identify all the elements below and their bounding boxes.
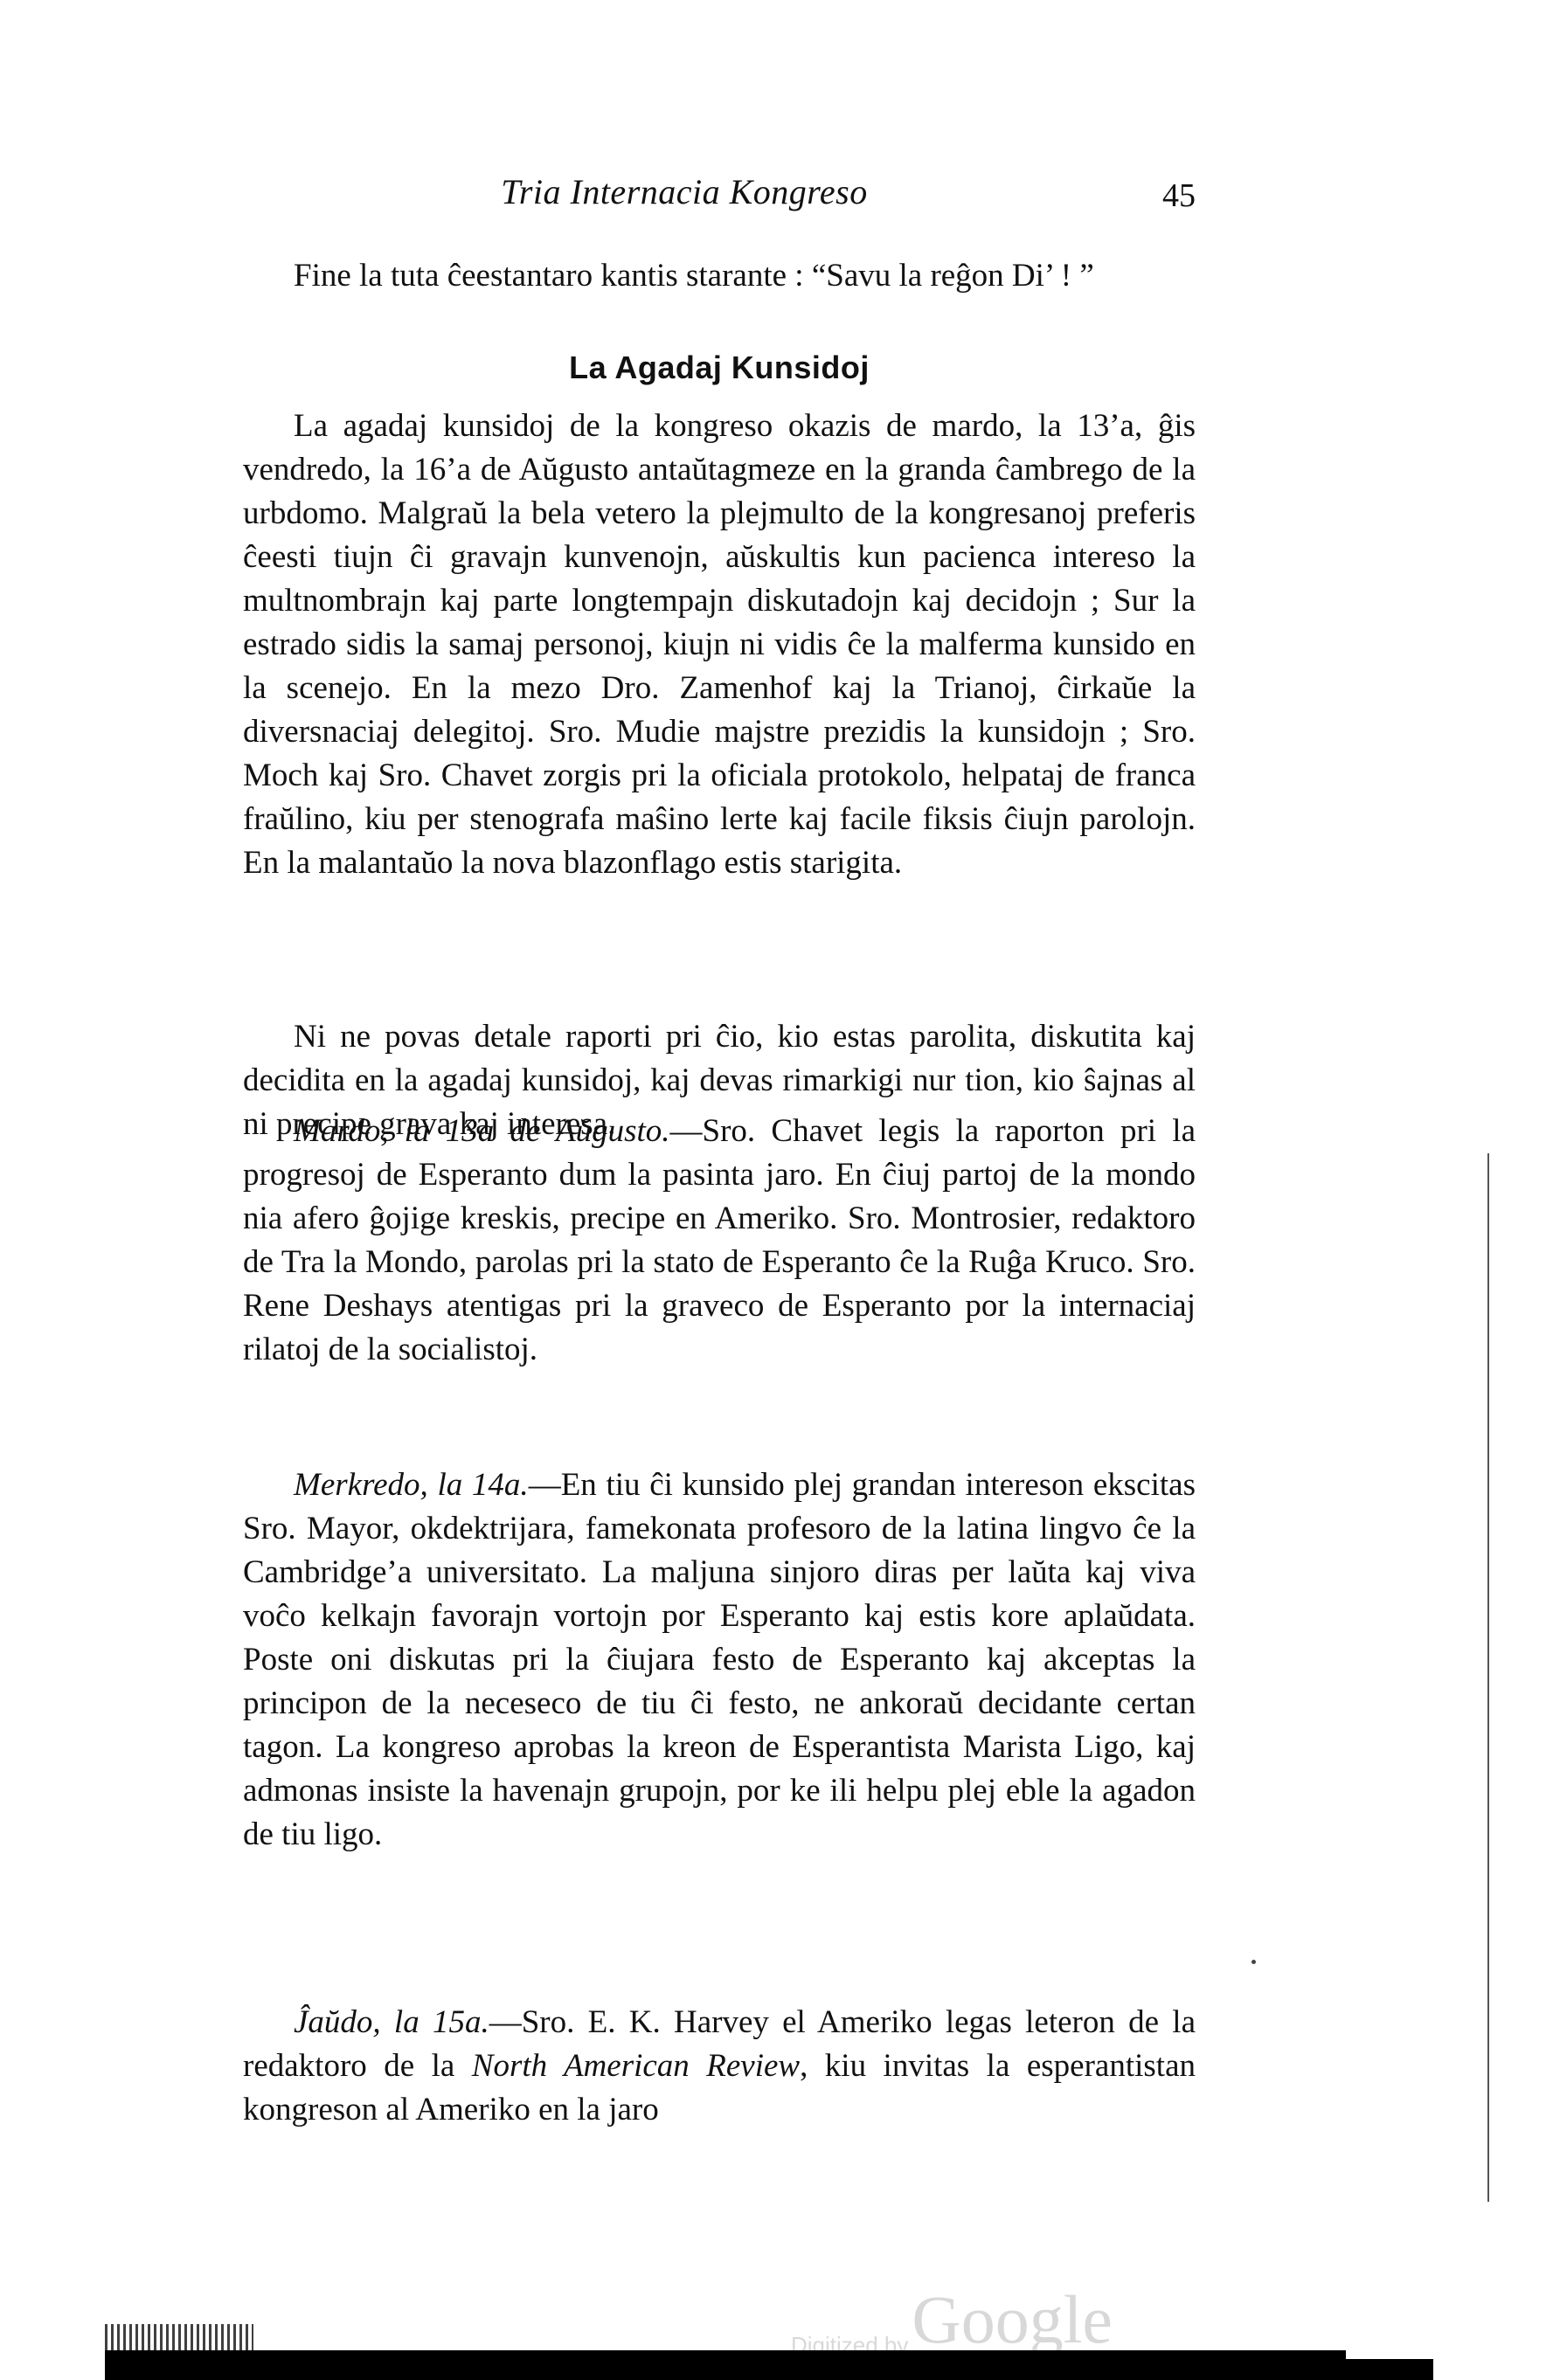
scan-edge-band	[105, 2350, 1346, 2380]
scan-edge-band-tail	[1346, 2359, 1433, 2380]
intro-paragraph: Fine la tuta ĉeestantaro kantis starante…	[243, 254, 1196, 298]
running-title: Tria Internacia Kongreso	[243, 171, 1126, 212]
watermark: Digitized by Google	[791, 2280, 1113, 2359]
section-heading: La Agadaj Kunsidoj	[243, 349, 1196, 386]
stray-mark	[1251, 1960, 1256, 1964]
paragraph-agadaj: La agadaj kunsidoj de la kongreso okazis…	[243, 405, 1196, 885]
paragraph-text: —En tiu ĉi kunsido plej grandan intereso…	[243, 1467, 1196, 1852]
paragraph-text: —Sro. Chavet legis la raporton pri la pr…	[243, 1113, 1196, 1367]
paragraph-jaudo: Ĵaŭdo, la 15a.—Sro. E. K. Harvey el Amer…	[243, 2001, 1196, 2132]
date-lead: Mardo, la 13a de Aŭgusto.	[294, 1113, 670, 1149]
page-number: 45	[1162, 176, 1196, 215]
paragraph-merkredo: Merkredo, la 14a.—En tiu ĉi kunsido plej…	[243, 1463, 1196, 1857]
scan-gutter-line	[1487, 1153, 1489, 2202]
paragraph-text: La agadaj kunsidoj de la kongreso okazis…	[243, 408, 1196, 881]
watermark-brand: Google	[912, 2281, 1113, 2357]
date-lead: Ĵaŭdo, la 15a.	[294, 2004, 489, 2040]
journal-title: North American Review	[472, 2048, 800, 2084]
date-lead: Merkredo, la 14a.	[294, 1467, 529, 1503]
intro-text: Fine la tuta ĉeestantaro kantis starante…	[294, 258, 1094, 294]
page-header: Tria Internacia Kongreso 45	[243, 171, 1196, 215]
paragraph-mardo: Mardo, la 13a de Aŭgusto.—Sro. Chavet le…	[243, 1110, 1196, 1372]
